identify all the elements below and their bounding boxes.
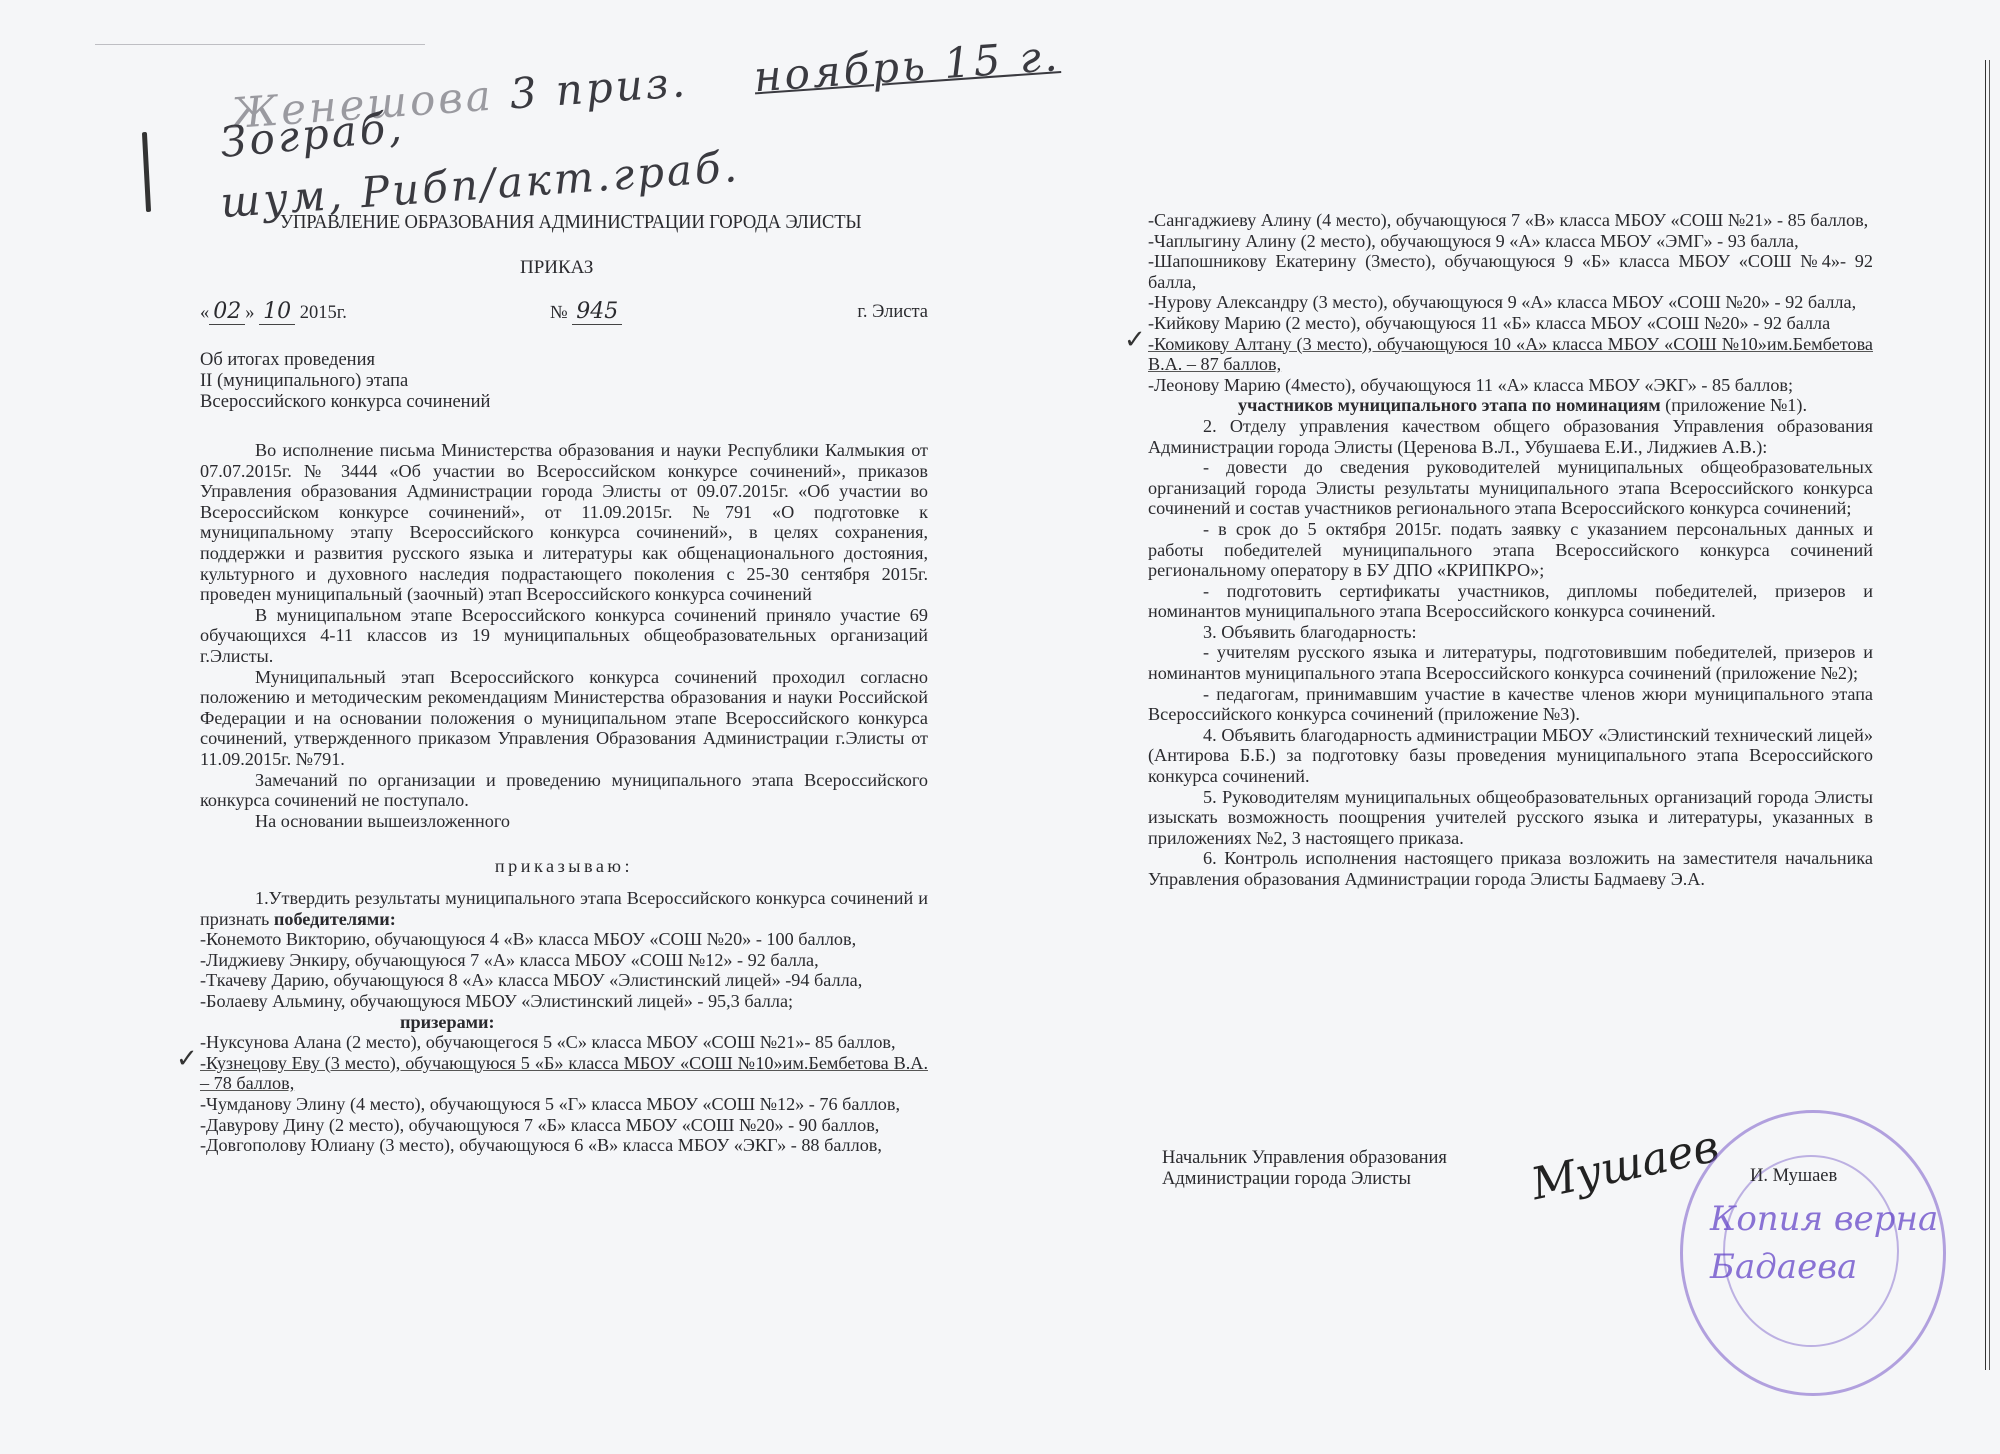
copy-certified-note: Копия верна: [1710, 1195, 1938, 1243]
prize-entry: -Леонову Марию (4место), обучающуюся 11 …: [1148, 375, 1873, 396]
prize-entry: -Довгополову Юлиану (3 место), обучающую…: [200, 1135, 928, 1156]
order-item: 4. Объявить благодарность администрации …: [1148, 725, 1873, 787]
prize-entry: -Кийкову Марию (2 место), обучающуюся 11…: [1148, 313, 1873, 334]
prize-entry: -Сангаджиеву Алину (4 место), обучающуюс…: [1148, 210, 1873, 231]
handwritten-date: ноябрь 15 г.: [752, 31, 1062, 101]
prize-entry-text: -Кузнецову Еву (3 место), обучающуюся 5 …: [200, 1053, 928, 1094]
order-subitem: - подготовить сертификаты участников, ди…: [1148, 581, 1873, 622]
prize-entry: -Шапошникову Екатерину (3место), обучающ…: [1148, 251, 1873, 292]
subject-line: Об итогах проведения: [200, 350, 490, 371]
organization-header: УПРАВЛЕНИЕ ОБРАЗОВАНИЯ АДМИНИСТРАЦИИ ГОР…: [280, 212, 861, 233]
item-1: 1.Утвердить результаты муниципального эт…: [200, 888, 928, 1156]
handwritten-prize: 3 приз.: [508, 57, 689, 118]
order-subitem: - довести до сведения руководителей муни…: [1148, 457, 1873, 519]
nominees-line: участников муниципального этапа по номин…: [1148, 395, 1873, 416]
winner-entry: -Лиджиеву Энкиру, обучающуюся 7 «А» клас…: [200, 950, 928, 971]
preamble-paragraph: В муниципальном этапе Всероссийского кон…: [200, 605, 928, 667]
prize-continued: -Сангаджиеву Алину (4 место), обучающуюс…: [1148, 210, 1873, 890]
subject-line: Всероссийского конкурса сочинений: [200, 392, 490, 413]
prize-entry-marked: ✓ -Кузнецову Еву (3 место), обучающуюся …: [200, 1053, 928, 1094]
order-item: 3. Объявить благодарность:: [1148, 622, 1873, 643]
winners-label: победителями:: [274, 909, 396, 929]
position-line: Администрации города Элисты: [1162, 1169, 1447, 1190]
order-word: приказываю:: [200, 856, 928, 877]
number-label: №: [550, 303, 568, 323]
position-line: Начальник Управления образования: [1162, 1148, 1447, 1169]
order-subitem: - в срок до 5 октября 2015г. подать заяв…: [1148, 519, 1873, 581]
document-type: ПРИКАЗ: [520, 258, 593, 279]
scan-edge-line: [95, 44, 425, 45]
winner-entry: -Конемото Викторию, обучающуюся 4 «В» кл…: [200, 929, 928, 950]
prize-entry: -Чумданову Элину (4 место), обучающуюся …: [200, 1094, 928, 1115]
signatory-position: Начальник Управления образования Админис…: [1162, 1148, 1447, 1190]
nominees-appendix: (приложение №1).: [1661, 395, 1807, 415]
order-subject: Об итогах проведения II (муниципального)…: [200, 350, 490, 413]
prize-entry: -Нуксунова Алана (2 место), обучающегося…: [200, 1032, 928, 1053]
preamble-paragraph: На основании вышеизложенного: [200, 811, 928, 832]
preamble-paragraph: Муниципальный этап Всероссийского конкур…: [200, 667, 928, 770]
certifier-signature: Бадаева: [1710, 1243, 1938, 1291]
winner-entry: -Ткачеву Дарию, обучающуюся 8 «А» класса…: [200, 970, 928, 991]
order-item: 6. Контроль исполнения настоящего приказ…: [1148, 848, 1873, 889]
prize-entry: -Давурову Дину (2 место), обучающуюся 7 …: [200, 1115, 928, 1136]
margin-bracket-mark: [142, 132, 151, 212]
checkmark-icon: ✓: [1124, 330, 1146, 351]
nominees-label: участников муниципального этапа по номин…: [1238, 395, 1661, 415]
date-quote-close: »: [245, 303, 254, 323]
subject-line: II (муниципального) этапа: [200, 371, 490, 392]
order-item: 2. Отделу управления качеством общего об…: [1148, 416, 1873, 457]
order-subitem: - педагогам, принимавшим участие в качес…: [1148, 684, 1873, 725]
preamble-paragraph: Во исполнение письма Министерства образо…: [200, 440, 928, 605]
checkmark-icon: ✓: [176, 1049, 198, 1070]
preamble: Во исполнение письма Министерства образо…: [200, 440, 928, 831]
order-subitem: - учителям русского языка и литературы, …: [1148, 642, 1873, 683]
date-month: 10: [259, 299, 295, 325]
order-item: 5. Руководителям муниципальных общеобраз…: [1148, 787, 1873, 849]
order-number: № 945: [550, 302, 622, 324]
prize-entry: -Чаплыгину Алину (2 место), обучающуюся …: [1148, 231, 1873, 252]
signatory-name: И. Мушаев: [1750, 1166, 1837, 1187]
date-year: 2015г.: [300, 303, 347, 323]
order-date: «02» 10 2015г.: [200, 302, 347, 324]
scan-right-border: [1985, 60, 1990, 1370]
prize-winners-label: призерами:: [200, 1012, 928, 1033]
date-quote-open: «: [200, 303, 209, 323]
date-day: 02: [209, 299, 245, 325]
number-value: 945: [572, 299, 622, 325]
prize-entry-marked: ✓ -Комикову Алтану (3 место), обучающуюс…: [1148, 334, 1873, 375]
preamble-paragraph: Замечаний по организации и проведению му…: [200, 770, 928, 811]
stamp-handwriting: Копия верна Бадаева: [1710, 1195, 1938, 1291]
prize-entry: -Нурову Александру (3 место), обучающуюс…: [1148, 292, 1873, 313]
prize-entry-text: -Комикову Алтану (3 место), обучающуюся …: [1148, 334, 1873, 375]
winner-entry: -Болаеву Альмину, обучающуюся МБОУ «Элис…: [200, 991, 928, 1012]
city: г. Элиста: [857, 302, 928, 323]
item-1-intro: 1.Утвердить результаты муниципального эт…: [200, 888, 928, 929]
